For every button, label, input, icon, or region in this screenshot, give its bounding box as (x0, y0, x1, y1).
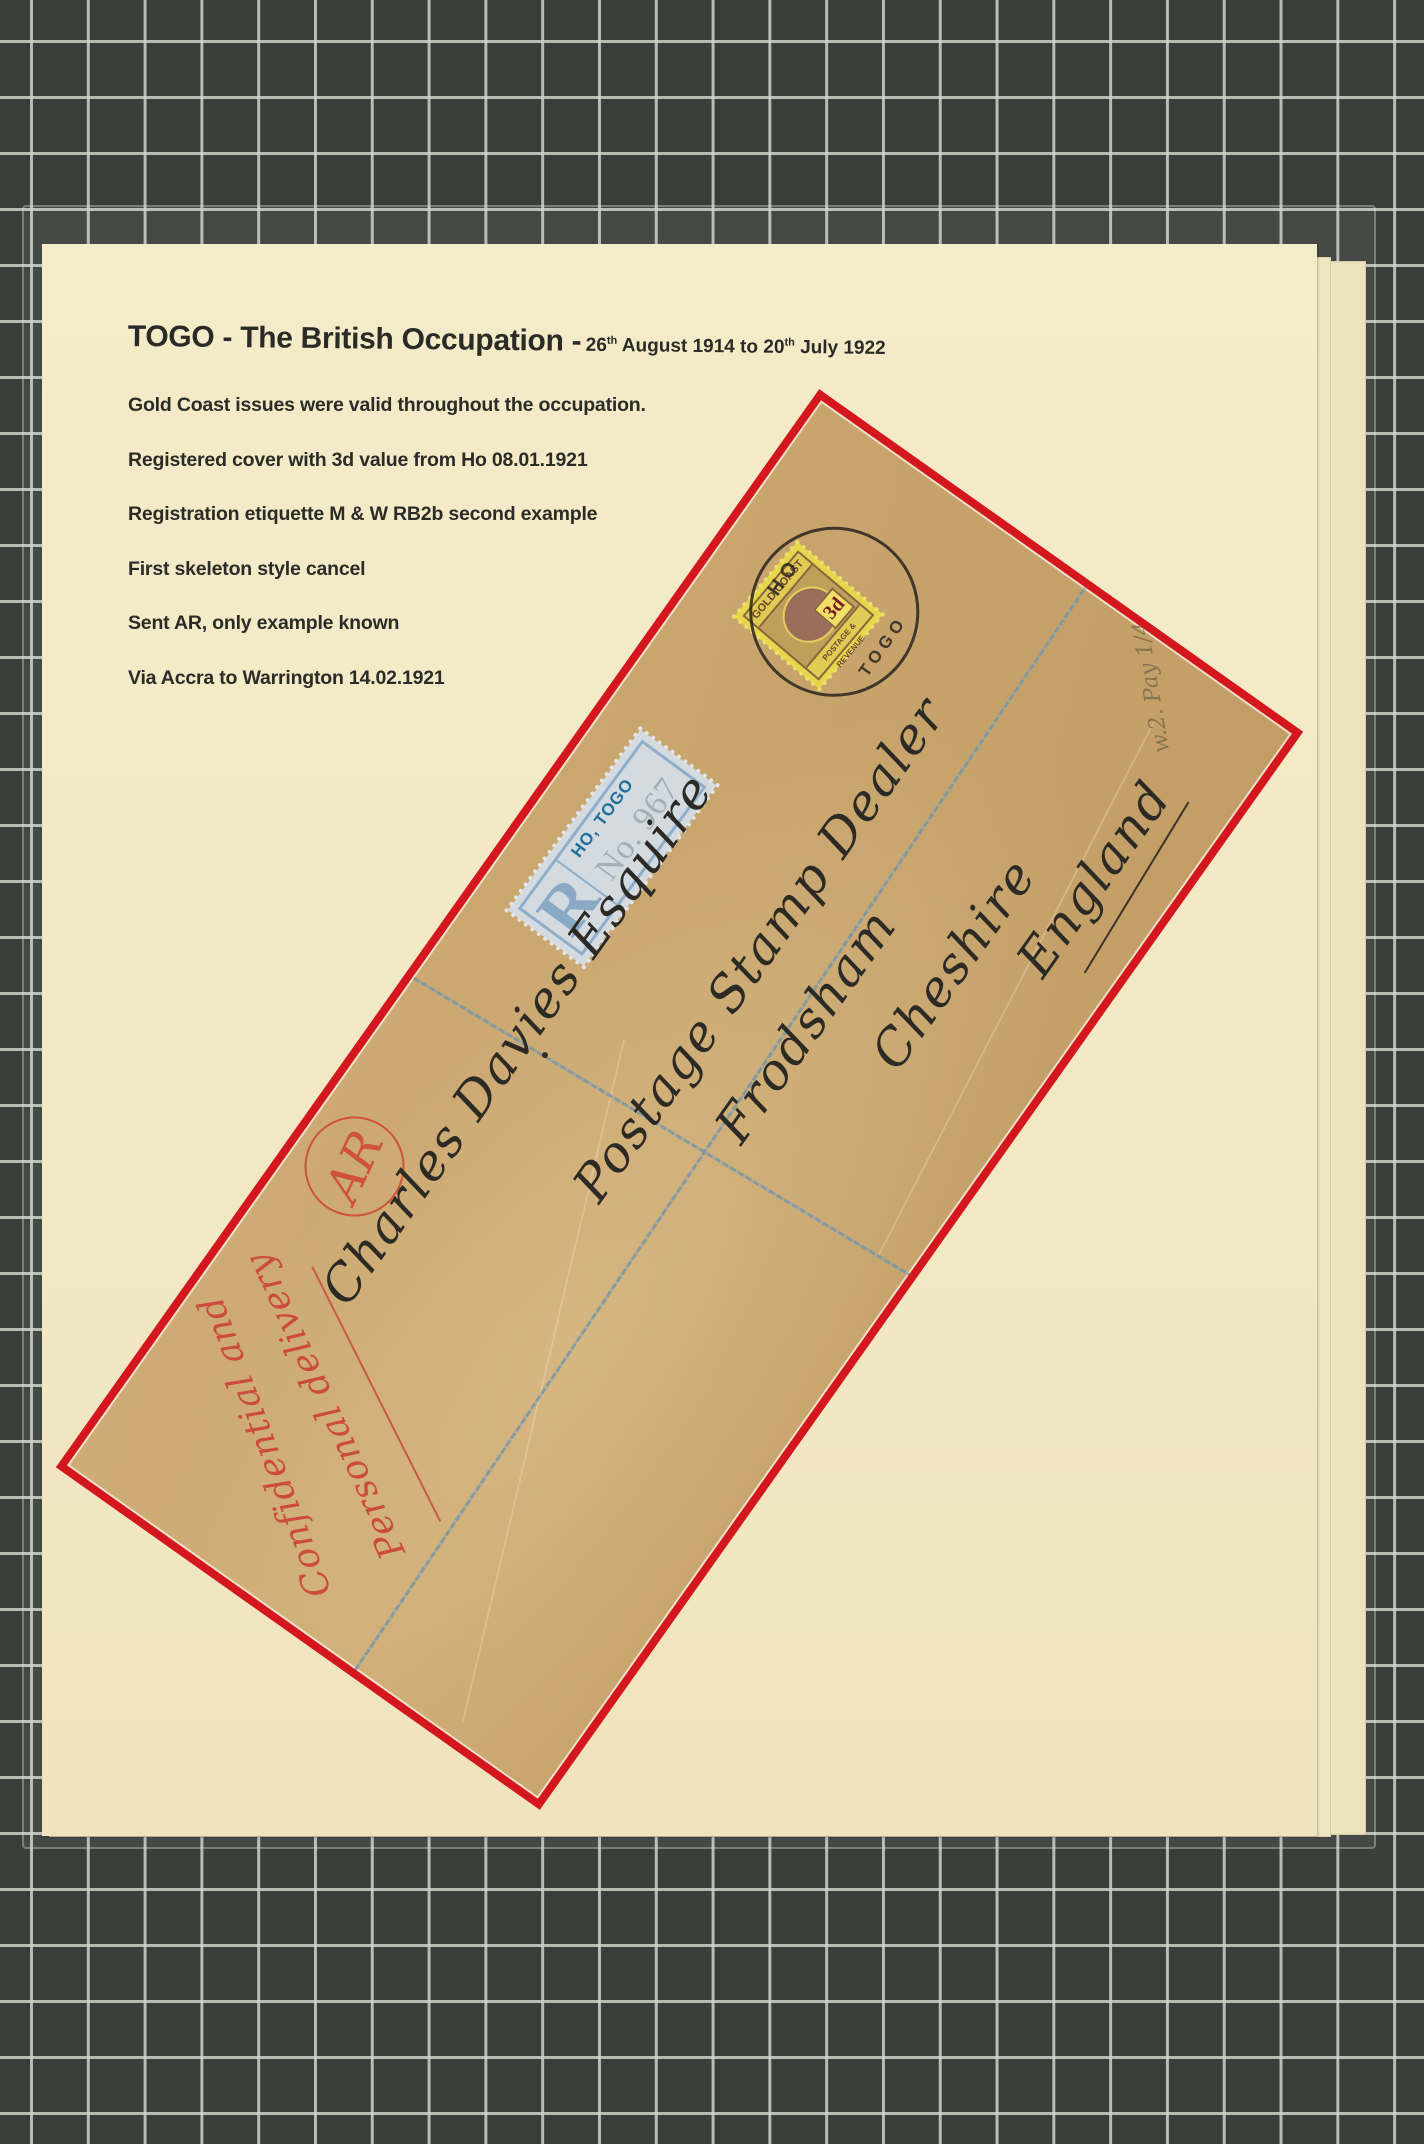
date-range: 26th August 1914 to 20th July 1922 (586, 335, 886, 359)
note-line: Sent AR, only example known (128, 612, 646, 667)
note-line: Registered cover with 3d value from Ho 0… (128, 449, 646, 504)
page-title: TOGO - The British Occupation - 26th Aug… (128, 320, 886, 362)
note-line: Registration etiquette M & W RB2b second… (128, 503, 646, 558)
note-line: First skeleton style cancel (128, 558, 646, 613)
description-notes: Gold Coast issues were valid throughout … (128, 394, 646, 721)
handwritten-confidential: Confidential and (190, 1289, 340, 1602)
note-line: Via Accra to Warrington 14.02.1921 (128, 667, 646, 722)
note-line: Gold Coast issues were valid throughout … (128, 394, 646, 449)
